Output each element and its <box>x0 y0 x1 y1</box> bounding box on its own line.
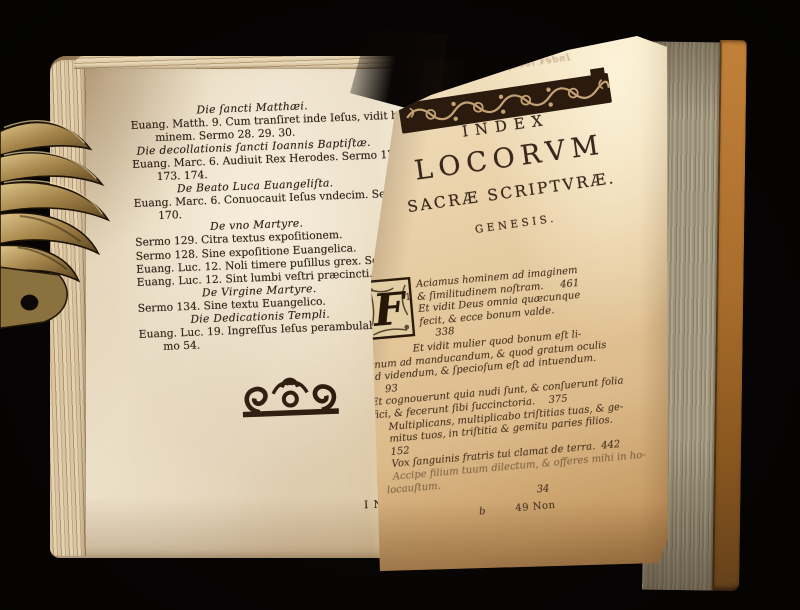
brass-clasp-icon <box>0 96 118 338</box>
line-text: mo 54. <box>163 338 200 352</box>
entry-lines: 3Et vidit mulier quod bonum eſt li-gnum … <box>366 331 576 511</box>
right-page-catchword: 49 Non <box>515 500 556 514</box>
line-text: 170. <box>158 208 182 222</box>
genesis-entries: F 1Aciamus hominem ad imaginem& ſimilitu… <box>361 264 578 526</box>
line-text: 34 <box>536 483 550 497</box>
tailpiece-ornament-icon <box>236 366 344 425</box>
right-page: Index locuplet INDEX LOC <box>368 36 670 576</box>
gathering-signature: b <box>479 506 486 518</box>
left-page-text-block: Die ſancti Matthæi.Euang. Matth. 9. Cum … <box>130 97 386 429</box>
book-photo: Die ſancti Matthæi.Euang. Matth. 9. Cum … <box>0 0 800 610</box>
left-page-lines: Die ſancti Matthæi.Euang. Matth. 9. Cum … <box>130 97 383 354</box>
verse-number: 1 <box>405 292 412 305</box>
